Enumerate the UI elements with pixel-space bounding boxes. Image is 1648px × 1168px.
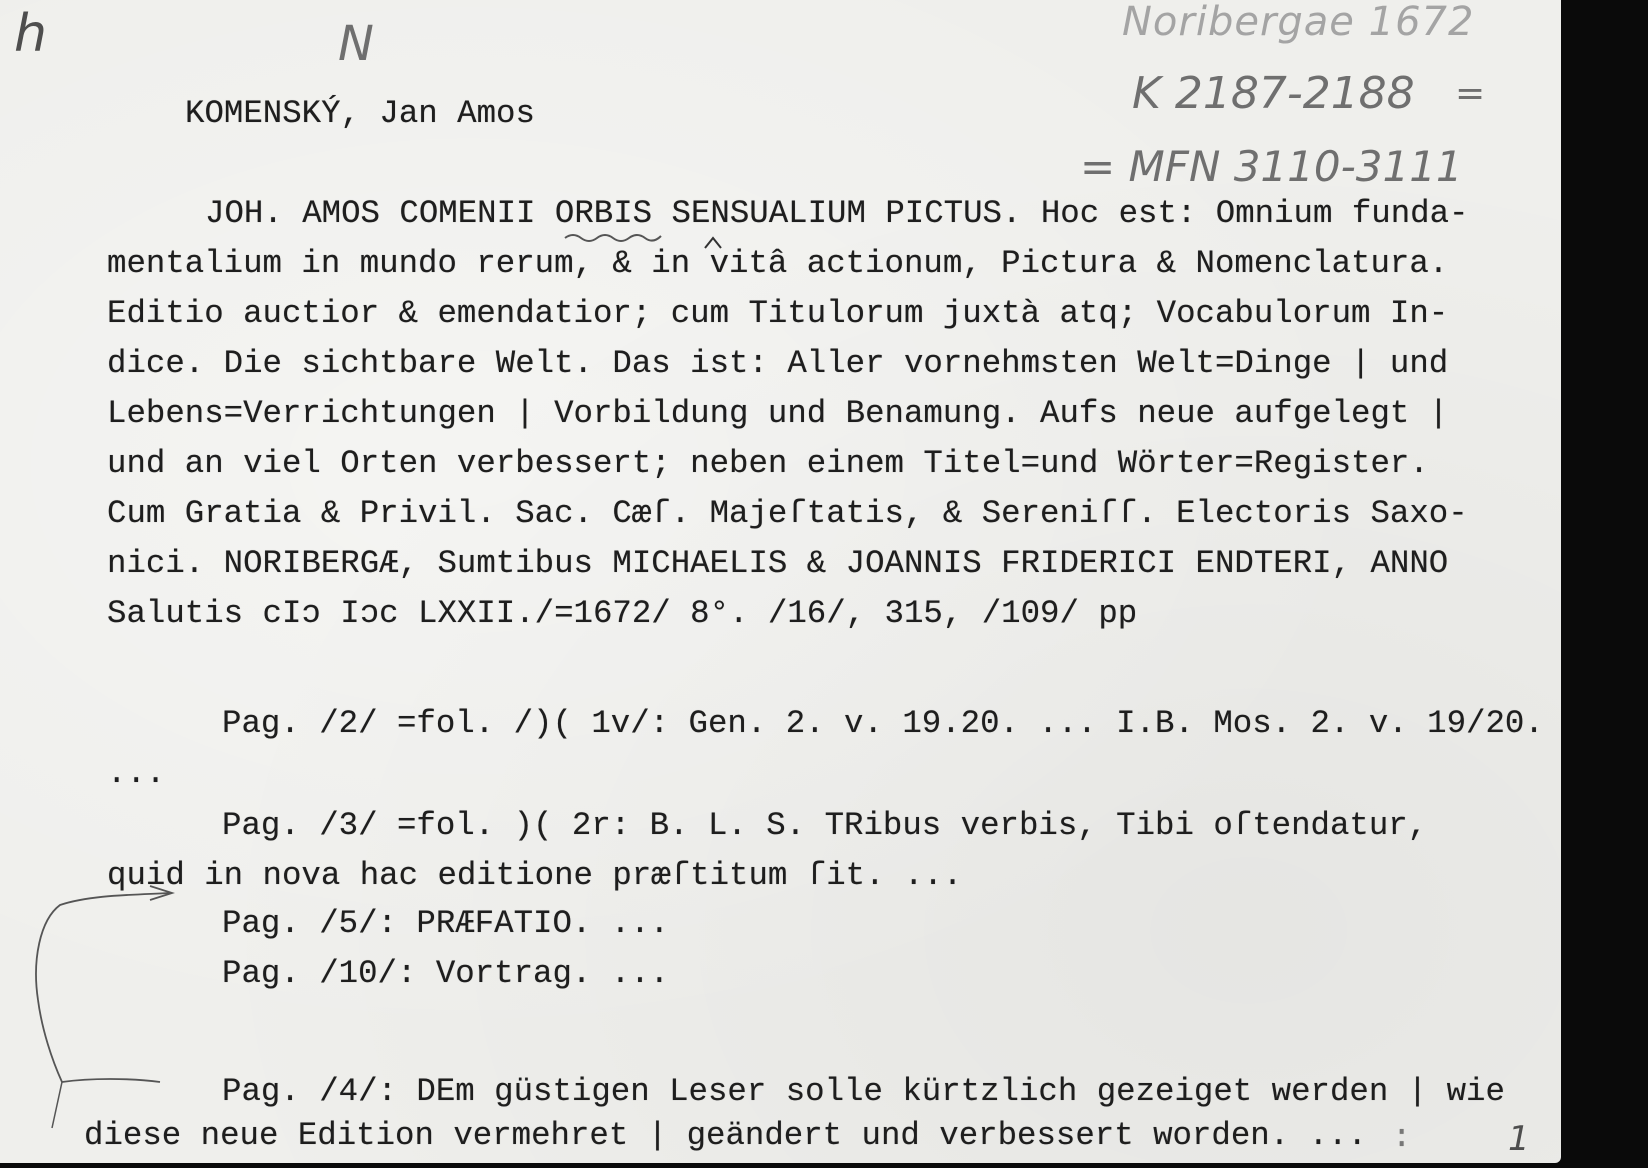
note-line-1: Pag. /2/ =fol. /)( 1v/: Gen. 2. v. 19.20… [222,708,1544,740]
description-line-9: Salutis cIɔ Iɔc LXXII./=1672/ 8°. /16/, … [107,598,1137,630]
corner-mark-middle: N [338,20,374,68]
handwritten-shelfmark-mfn: = MFN 3110-3111 [1080,146,1463,188]
description-line-6: und an viel Orten verbessert; neben eine… [107,448,1429,480]
note-line-7: Pag. /4/: DEm güstigen Leser solle kürtz… [222,1076,1505,1108]
note-line-6: Pag. /10/: Vortrag. ... [222,958,669,990]
description-line-2: mentalium in mundo rerum, & in vitâ acti… [107,248,1448,280]
handwritten-equals: = [1455,76,1485,112]
bracket-tail-icon [52,1082,62,1128]
note-line-5: Pag. /5/: PRÆFATIO. ... [222,908,669,940]
stray-mark: : [1392,1122,1411,1154]
note-line-8: diese neue Edition vermehret | geändert … [84,1120,1367,1152]
description-line-3: Editio auctior & emendatior; cum Titulor… [107,298,1448,330]
corner-mark-left: h [14,8,47,60]
note-line-3: Pag. /3/ =fol. )( 2r: B. L. S. TRibus ve… [222,810,1427,842]
description-line-8: nici. NORIBERGÆ, Sumtibus MICHAELIS & JO… [107,548,1448,580]
bracket-tick-icon [62,1079,160,1082]
description-line-4: dice. Die sichtbare Welt. Das ist: Aller… [107,348,1448,380]
description-line-1: JOH. AMOS COMENII ORBIS SENSUALIUM PICTU… [205,198,1468,230]
note-line-4: quid in nova hac editione præſtitum ſit.… [107,860,962,892]
arrow-line-icon [36,893,170,1000]
note-line-2: ... [107,758,165,790]
handwritten-shelfmark-k: K 2187-2188 [1132,72,1415,116]
description-line-7: Cum Gratia & Privil. Sac. Cæſ. Majeſtati… [107,498,1468,530]
description-line-5: Lebens=Verrichtungen | Vorbildung und Be… [107,398,1448,430]
wavy-underline-icon [565,235,661,241]
catalog-card: h N Noribergae 1672 K 2187-2188 = = MFN … [0,0,1561,1163]
bracket-line-icon [38,1000,62,1082]
card-heading-author: KOMENSKÝ, Jan Amos [185,98,535,130]
handwritten-place-year: Noribergae 1672 [1122,2,1474,42]
card-number: 1 [1508,1122,1530,1156]
